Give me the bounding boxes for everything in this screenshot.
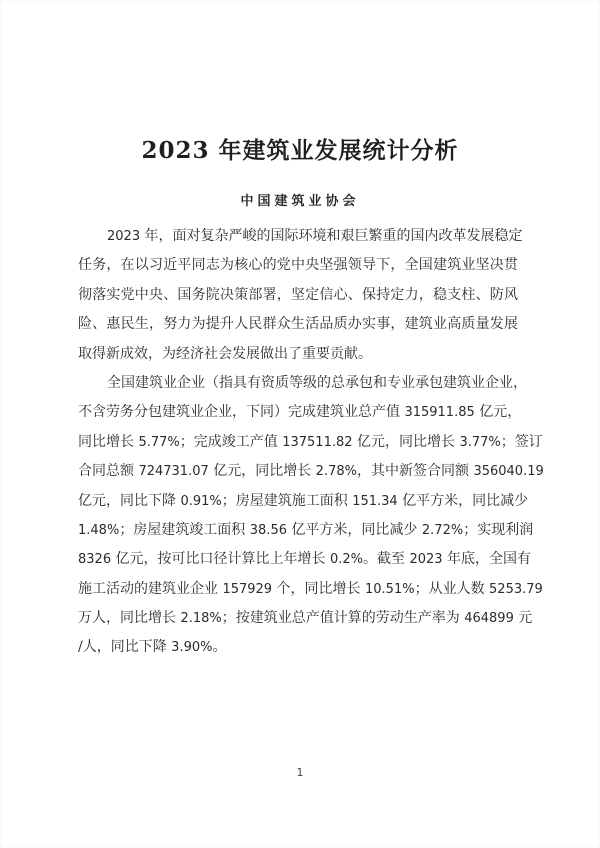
body-line: 施工活动的建筑业企业 157929 个，同比增长 10.51%；从业人数 525…	[78, 575, 518, 604]
page-number: 1	[0, 766, 600, 779]
body-line: 2023 年，面对复杂严峻的国际环境和艰巨繁重的国内改革发展稳定	[78, 222, 518, 251]
body-line: 任务，在以习近平同志为核心的党中央坚强领导下，全国建筑业坚决贯	[78, 251, 518, 280]
body-line: 1.48%；房屋建筑竣工面积 38.56 亿平方米，同比减少 2.72%；实现利…	[78, 516, 518, 545]
body-line: /人，同比下降 3.90%。	[78, 633, 518, 662]
body-line: 8326 亿元，按可比口径计算比上年增长 0.2%。截至 2023 年底，全国有	[78, 545, 518, 574]
body-line: 不含劳务分包建筑业企业，下同）完成建筑业总产值 315911.85 亿元，	[78, 398, 518, 427]
body-line: 亿元，同比下降 0.91%；房屋建筑施工面积 151.34 亿平方米，同比减少	[78, 487, 518, 516]
paragraph-statistics: 全国建筑业企业（指具有资质等级的总承包和专业承包建筑业企业， 不含劳务分包建筑业…	[78, 369, 518, 663]
body-line: 险、惠民生，努力为提升人民群众生活品质办实事，建筑业高质量发展	[78, 310, 518, 339]
body-line: 取得新成效，为经济社会发展做出了重要贡献。	[78, 340, 518, 369]
document-page: 2023 年建筑业发展统计分析 中国建筑业协会 2023 年，面对复杂严峻的国际…	[0, 0, 600, 848]
document-body: 2023 年，面对复杂严峻的国际环境和艰巨繁重的国内改革发展稳定 任务，在以习近…	[78, 222, 518, 663]
body-line: 合同总额 724731.07 亿元，同比增长 2.78%，其中新签合同额 356…	[78, 457, 518, 486]
body-line: 万人，同比增长 2.18%；按建筑业总产值计算的劳动生产率为 464899 元	[78, 604, 518, 633]
body-line: 全国建筑业企业（指具有资质等级的总承包和专业承包建筑业企业，	[78, 369, 518, 398]
document-subtitle: 中国建筑业协会	[0, 190, 600, 209]
body-line: 彻落实党中央、国务院决策部署，坚定信心、保持定力，稳支柱、防风	[78, 281, 518, 310]
paragraph-intro: 2023 年，面对复杂严峻的国际环境和艰巨繁重的国内改革发展稳定 任务，在以习近…	[78, 222, 518, 369]
body-line: 同比增长 5.77%；完成竣工产值 137511.82 亿元，同比增长 3.77…	[78, 428, 518, 457]
document-title: 2023 年建筑业发展统计分析	[0, 132, 600, 165]
